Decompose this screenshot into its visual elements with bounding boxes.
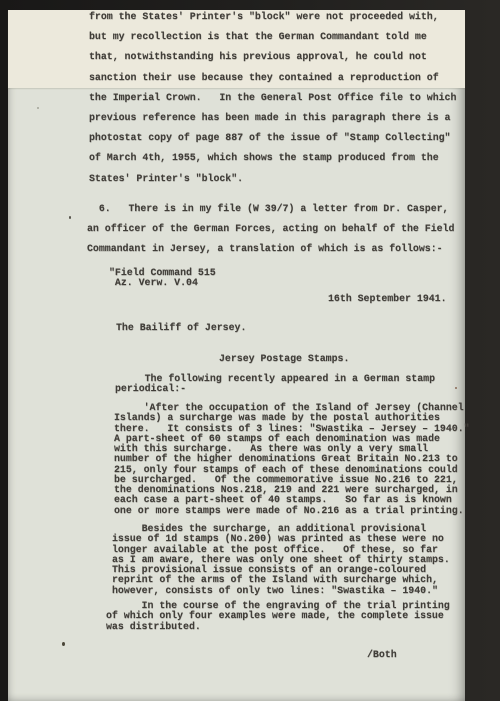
letter-body-paragraph-1: 'After the occupation of the Island of J… (114, 403, 470, 516)
typewritten-text-layer: from the States' Printer's "block" were … (0, 0, 500, 701)
text-line: that, notwithstanding his previous appro… (89, 47, 456, 67)
text-line: Commandant in Jersey, a translation of w… (87, 239, 454, 259)
text-line: an officer of the German Forces, acting … (87, 219, 454, 239)
letter-opening-paragraph: The following recently appeared in a Ger… (115, 374, 435, 395)
text-line: was distributed. (106, 622, 450, 632)
text-line: of March 4th, 1955, which shows the stam… (89, 148, 456, 168)
letter-addressee: The Bailiff of Jersey. (116, 323, 246, 333)
text-line: one or more stamps were made of No.216 a… (114, 506, 470, 516)
text-line: number of the higher denominations Great… (114, 454, 470, 464)
text-line: periodical:- (115, 384, 435, 394)
text-line: from the States' Printer's "block" were … (89, 7, 456, 27)
text-line: photostat copy of page 887 of the issue … (89, 128, 456, 148)
text-line: each case a part-sheet of 40 stamps. So … (114, 495, 470, 505)
letter-date: 16th September 1941. (328, 294, 447, 304)
letter-body-paragraph-2: Besides the surcharge, an additional pro… (112, 524, 450, 596)
text-line: of which only four examples were made, t… (106, 611, 450, 621)
text-line: sanction their use because they containe… (89, 68, 456, 88)
text-line: but my recollection is that the German C… (89, 27, 456, 47)
text-line: previous reference has been made in this… (89, 108, 456, 128)
letter-subject: Jersey Postage Stamps. (219, 354, 349, 364)
text-line: issue of 1d stamps (No.200) was printed … (112, 534, 450, 544)
text-line: 6. There is in my file (W 39/7) a letter… (87, 199, 454, 219)
text-line: States' Printer's "block". (89, 169, 456, 189)
text-line: reprint of the arms of the Island with s… (112, 575, 450, 585)
letter-body-paragraph-3: In the course of the engraving of the tr… (106, 601, 450, 632)
item-6-paragraph: 6. There is in my file (W 39/7) a letter… (87, 199, 454, 260)
continuation-paragraph: from the States' Printer's "block" were … (89, 7, 456, 189)
letter-heading: "Field Command 515 Az. Verw. V.04 (109, 268, 216, 289)
text-line: however, consists of only two lines: "Sw… (112, 586, 450, 596)
document-scan: { "scan": { "background_color": "#21201e… (0, 0, 500, 701)
text-line: the Imperial Crown. In the General Post … (89, 88, 456, 108)
text-line: Islands) a surcharge was made by the pos… (114, 413, 470, 423)
continuation-mark: /Both (367, 650, 397, 660)
text-line: Az. Verw. V.04 (109, 278, 216, 288)
